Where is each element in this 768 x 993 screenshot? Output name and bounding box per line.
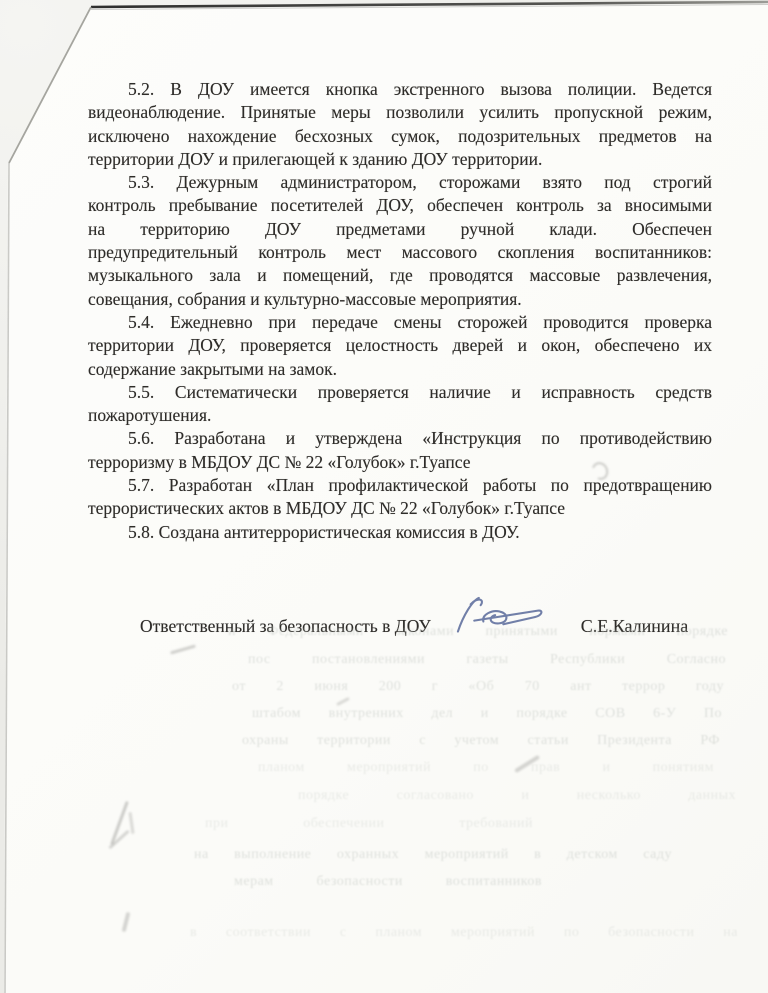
text-line: 5.8. Создана антитеррористическая комисс… [88,521,712,544]
text-line: терроризму в МБДОУ ДС № 22 «Голубок» г.Т… [88,451,712,474]
text-line: 5.2. В ДОУ имеется кнопка экстренного вы… [88,78,712,101]
text-line: пожаротушения. [88,404,712,427]
document-content: 5.2. В ДОУ имеется кнопка экстренного вы… [88,78,712,628]
text-line: 5.4. Ежедневно при передаче смены сторож… [88,311,712,334]
handwritten-signature [447,592,547,642]
text-line: территории ДОУ, проверяется целостность … [88,334,712,357]
paragraph: 5.5. Систематически проверяется наличие … [88,381,712,428]
scanned-document: 5.2. В ДОУ имеется кнопка экстренного вы… [0,0,768,993]
text-line: содержание закрытыми на замок. [88,358,712,381]
text-line: видеонаблюдение. Принятые меры позволили… [88,101,712,124]
text-line: на территорию ДОУ предметами ручной клад… [88,218,712,241]
signature-label: Ответственный за безопасность в ДОУ [140,616,431,637]
signatory-name: С.Е.Калинина [581,616,688,637]
text-line: 5.3. Дежурным администратором, сторожами… [88,171,712,194]
text-line: 5.6. Разработана и утверждена «Инструкци… [88,427,712,450]
text-line: музыкального зала и помещений, где прово… [88,264,712,287]
document-body: 5.2. В ДОУ имеется кнопка экстренного вы… [88,78,712,544]
text-line: 5.7. Разработан «План профилактической р… [88,474,712,497]
text-line: 5.5. Систематически проверяется наличие … [88,381,712,404]
paragraph: 5.7. Разработан «План профилактической р… [88,474,712,521]
text-line: территории ДОУ и прилегающей к зданию ДО… [88,148,712,171]
text-line: контроль пребывание посетителей ДОУ, обе… [88,194,712,217]
paragraph: 5.3. Дежурным администратором, сторожами… [88,171,712,311]
text-line: террористических актов в МБДОУ ДС № 22 «… [88,497,712,520]
text-line: предупредительный контроль мест массовог… [88,241,712,264]
signature-row: Ответственный за безопасность в ДОУ С.Е.… [88,582,712,628]
paragraph: 5.6. Разработана и утверждена «Инструкци… [88,427,712,474]
paragraph: 5.8. Создана антитеррористическая комисс… [88,521,712,544]
paragraph: 5.4. Ежедневно при передаче смены сторож… [88,311,712,381]
text-line: исключено нахождение бесхозных сумок, по… [88,125,712,148]
text-line: совещания, собрания и культурно-массовые… [88,288,712,311]
paragraph: 5.2. В ДОУ имеется кнопка экстренного вы… [88,78,712,171]
